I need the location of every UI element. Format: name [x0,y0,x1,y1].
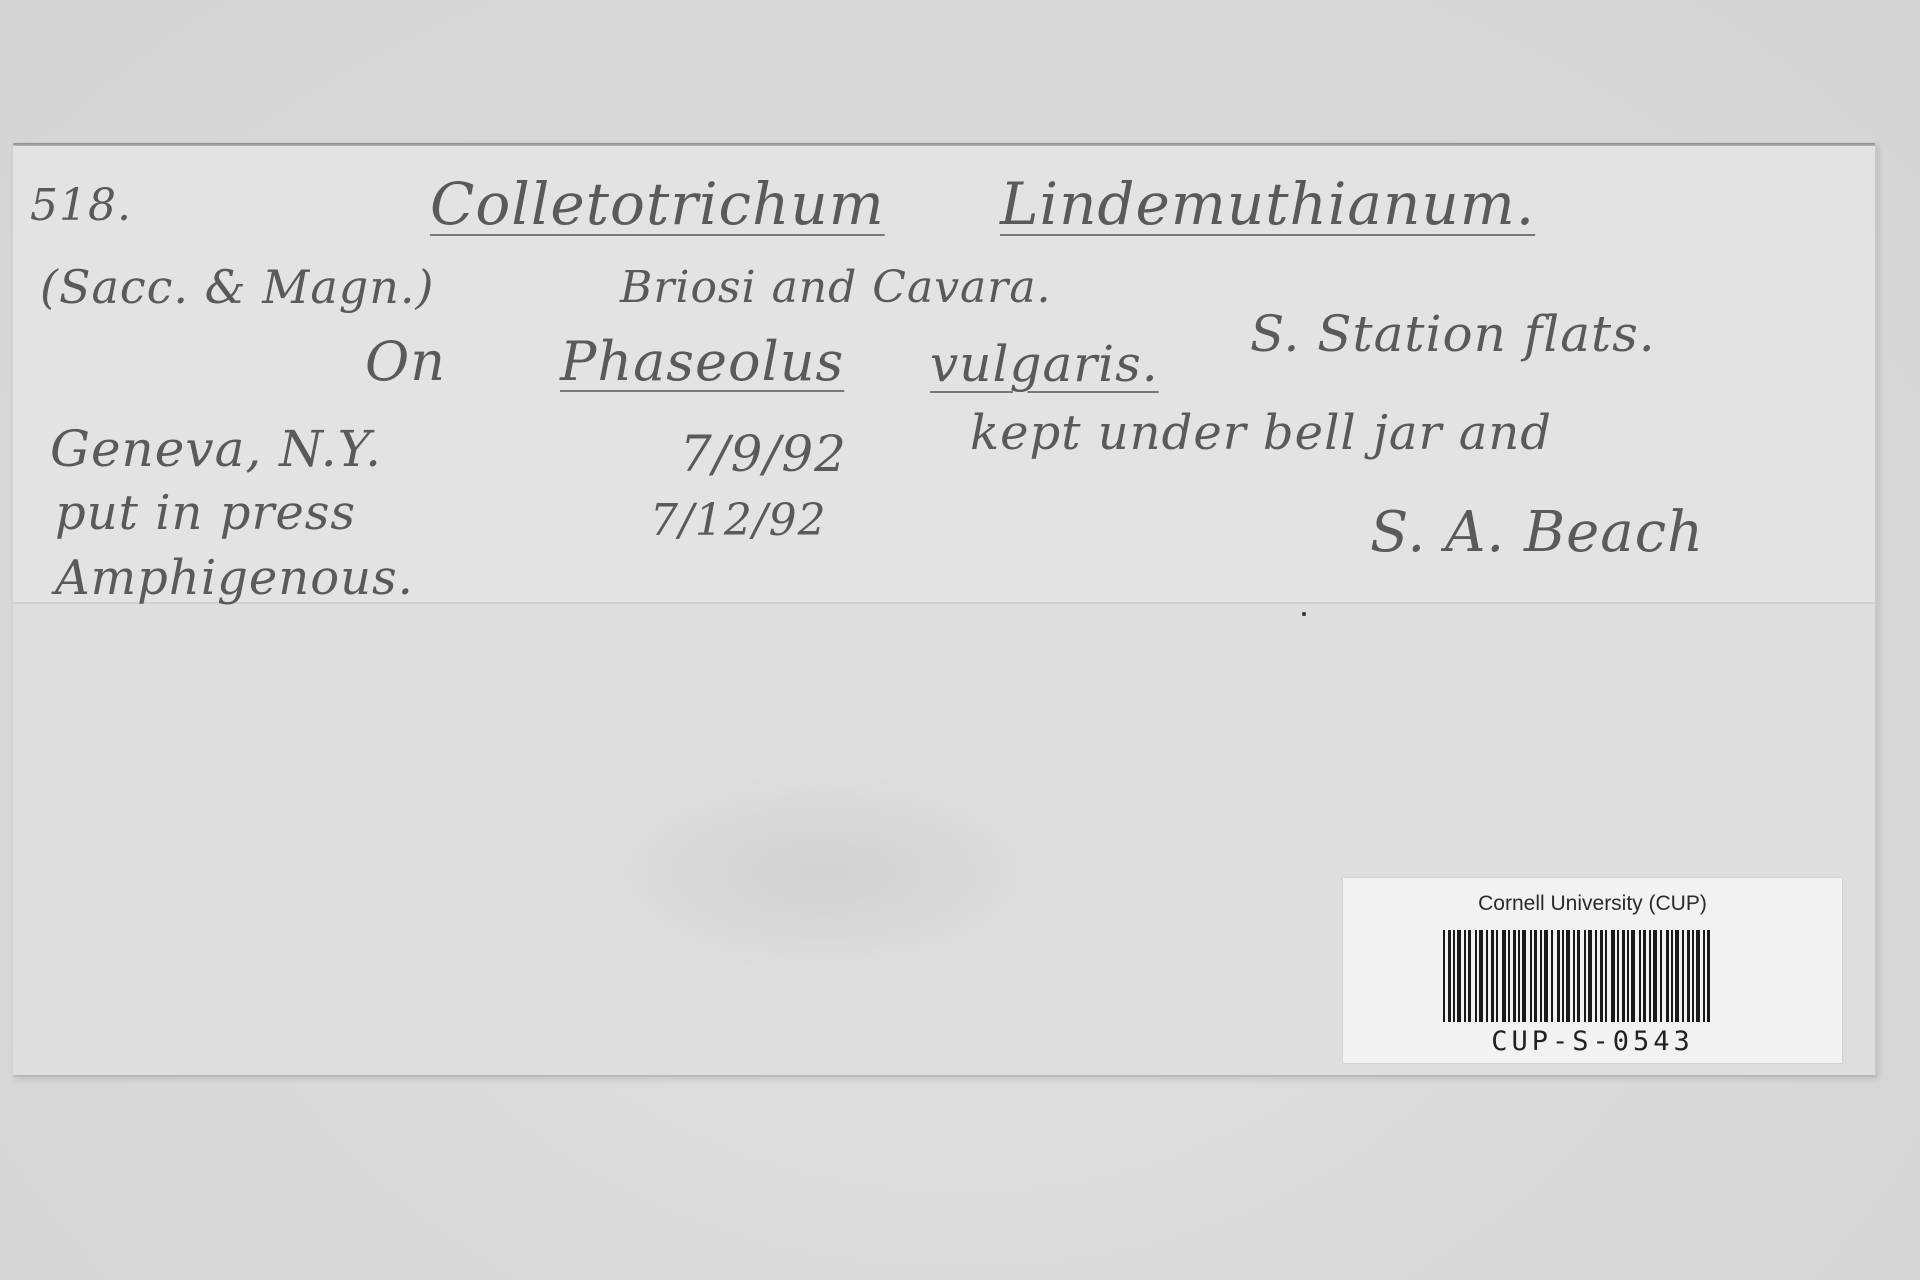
paper-stain [573,763,1073,983]
institution-name: Cornell University (CUP) [1343,892,1842,916]
locality-station: S. Station flats. [1250,305,1656,363]
barcode [1443,930,1765,1022]
barcode-text: CUP-S-0543 [1343,1026,1842,1057]
genus-name: Colletotrichum [430,170,885,238]
locality-geneva: Geneva, N.Y. [50,420,382,478]
note-bell-jar: kept under bell jar and [970,405,1552,461]
authority: Briosi and Cavara. [620,262,1052,313]
note-amphigenous: Amphigenous. [55,550,414,606]
host-genus: Phaseolus [560,330,844,393]
specimen-number: 518. [30,180,132,231]
note-press: put in press [55,485,356,541]
species-name: Lindemuthianum. [1000,170,1535,238]
authority-parenthetical: (Sacc. & Magn.) [40,260,434,314]
ink-dot [1302,612,1306,616]
host-prefix: On [365,330,446,393]
barcode-label: Cornell University (CUP) CUP-S-0543 [1343,878,1842,1063]
host-species: vulgaris. [930,335,1159,393]
envelope-right-edge [1875,143,1877,1077]
envelope-bottom-edge [13,1075,1877,1077]
date-pressed: 7/12/92 [650,495,827,546]
collector-signature: S. A. Beach [1370,500,1704,565]
date-collected: 7/9/92 [680,425,847,483]
